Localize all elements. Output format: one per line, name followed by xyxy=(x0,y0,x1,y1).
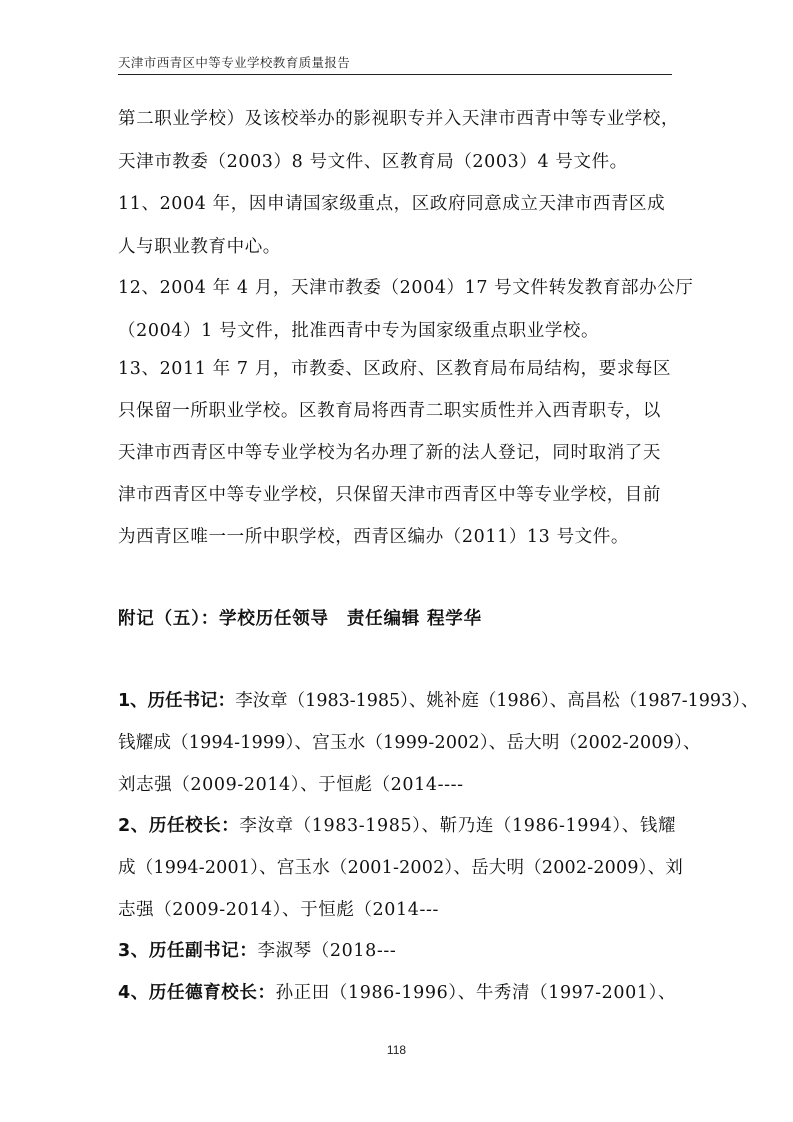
history-item-11-line: 人与职业教育中心。 xyxy=(118,236,281,258)
page-header: 天津市西青区中等专业学校教育质量报告 xyxy=(118,52,672,75)
deputy-secretaries-label: 3、历任副书记： xyxy=(118,941,257,961)
secretaries-label: 1、历任书记： xyxy=(118,691,235,711)
history-item-12-line: （2004）1 号文件，批准西青中专为国家级重点职业学校。 xyxy=(118,320,599,342)
editor-label: 责任编辑 xyxy=(347,609,420,629)
appendix-heading: 附记（五）：学校历任领导责任编辑 程学华 xyxy=(118,608,482,630)
history-item-13-line: 只保留一所职业学校。区教育局将西青二职实质性并入西青职专，以 xyxy=(118,400,661,422)
history-item-13-line: 13、2011 年 7 月，市教委、区政府、区教育局布局结构，要求每区 xyxy=(118,358,671,380)
moral-education-principals-line: 4、历任德育校长：孙正田（1986-1996）、牛秀清（1997-2001）、 xyxy=(118,982,676,1004)
moral-education-principals-text: 孙正田（1986-1996）、牛秀清（1997-2001）、 xyxy=(276,983,676,1003)
principals-line: 志强（2009-2014）、于恒彪（2014--- xyxy=(118,899,439,921)
deputy-secretaries-line: 3、历任副书记：李淑琴（2018--- xyxy=(118,940,396,962)
principals-label: 2、历任校长： xyxy=(118,816,239,836)
secretaries-line: 1、历任书记：李汝章（1983-1985）、姚补庭（1986）、高昌松（1987… xyxy=(118,690,758,712)
deputy-secretaries-text: 李淑琴（2018--- xyxy=(257,941,396,961)
paragraph-line: 第二职业学校）及该校举办的影视职专并入天津市西青中等专业学校， xyxy=(118,108,679,130)
editor-name: 程学华 xyxy=(427,609,482,629)
page-number: 118 xyxy=(0,1043,793,1057)
secretaries-text: 李汝章（1983-1985）、姚补庭（1986）、高昌松（1987-1993）、 xyxy=(235,691,758,711)
moral-education-principals-label: 4、历任德育校长： xyxy=(118,983,276,1003)
principals-line: 成（1994-2001）、宫玉水（2001-2002）、岳大明（2002-200… xyxy=(118,857,683,879)
appendix-title: 附记（五）：学校历任领导 xyxy=(118,609,329,629)
history-item-13-line: 津市西青区中等专业学校，只保留天津市西青区中等专业学校，目前 xyxy=(118,484,661,506)
secretaries-line: 刘志强（2009-2014）、于恒彪（2014---- xyxy=(118,774,464,796)
history-item-11-line: 11、2004 年，因申请国家级重点，区政府同意成立天津市西青区成 xyxy=(118,193,665,215)
principals-text: 李汝章（1983-1985）、靳乃连（1986-1994）、钱耀 xyxy=(239,816,676,836)
principals-line: 2、历任校长：李汝章（1983-1985）、靳乃连（1986-1994）、钱耀 xyxy=(118,815,676,837)
paragraph-line: 天津市教委（2003）8 号文件、区教育局（2003）4 号文件。 xyxy=(118,151,628,173)
history-item-12-line: 12、2004 年 4 月，天津市教委（2004）17 号文件转发教育部办公厅 xyxy=(118,277,693,299)
history-item-13-line: 为西青区唯一一所中职学校，西青区编办（2011）13 号文件。 xyxy=(118,526,629,548)
secretaries-line: 钱耀成（1994-1999）、宫玉水（1999-2002）、岳大明（2002-2… xyxy=(118,732,701,754)
history-item-13-line: 天津市西青区中等专业学校为名办理了新的法人登记，同时取消了天 xyxy=(118,442,661,464)
header-title: 天津市西青区中等专业学校教育质量报告 xyxy=(118,53,350,71)
